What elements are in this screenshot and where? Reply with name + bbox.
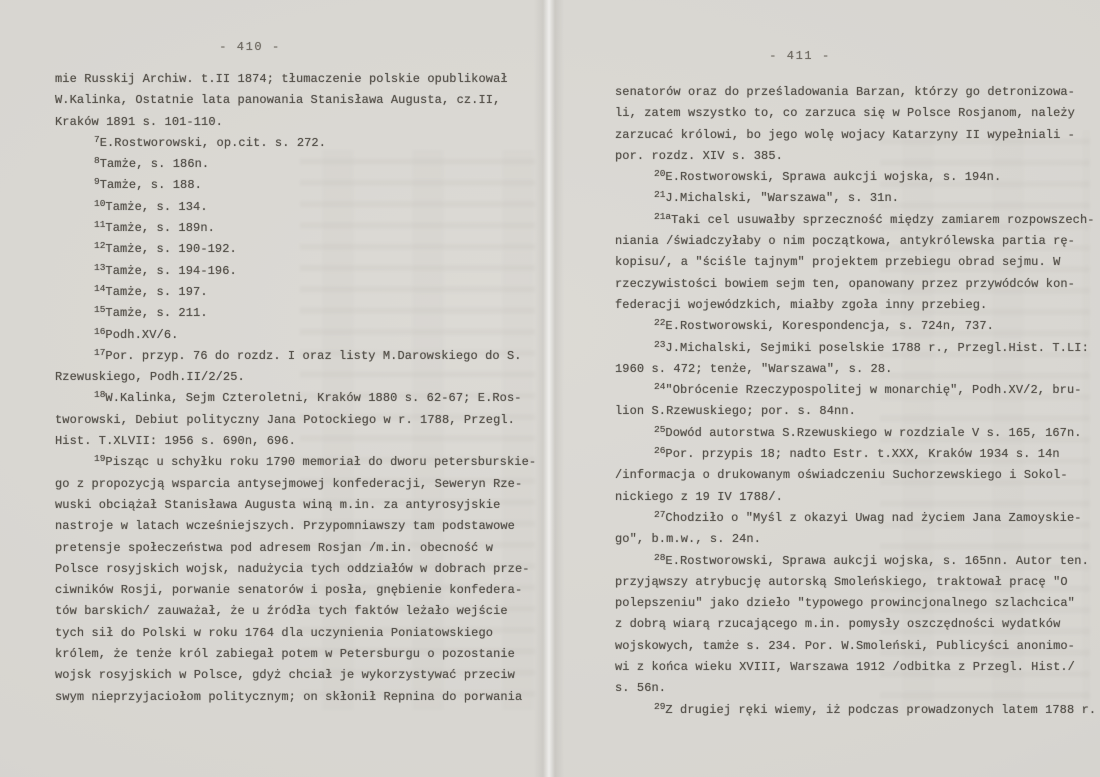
text-line: 10Tamże, s. 134. <box>55 197 545 218</box>
line-text: J.Michalski, Sejmiki poselskie 1788 r., … <box>665 341 1088 355</box>
line-text: Tamże, s. 134. <box>105 200 207 214</box>
text-line: nickiego z 19 IV 1788/. <box>615 487 1095 508</box>
text-line: zarzucać królowi, bo jego wolę wojacy Ka… <box>615 125 1095 146</box>
footnote-marker: 25 <box>654 419 665 440</box>
text-line: 25Dowód autorstwa S.Rzewuskiego w rozdzi… <box>615 423 1095 444</box>
text-line: tworowski, Debiut polityczny Jana Potock… <box>55 410 545 431</box>
line-text: Pisząc u schyłku roku 1790 memoriał do d… <box>105 455 536 469</box>
line-text: ciwników Rosji, porwanie senatorów i pos… <box>55 583 522 597</box>
text-line: swym nieprzyjaciołom politycznym; on skł… <box>55 687 545 708</box>
text-line: pretensje społeczeństwa pod adresem Rosj… <box>55 538 545 559</box>
line-text: tów barskich/ zauważał, że u źródła tych… <box>55 604 508 618</box>
left-page-footnotes-text: mie Russkij Archiw. t.II 1874; tłumaczen… <box>55 69 545 708</box>
text-line: 16Podh.XV/6. <box>55 325 545 346</box>
line-text: Taki cel usuwałby sprzeczność między zam… <box>671 213 1094 227</box>
footnote-marker: 7 <box>94 129 100 150</box>
line-text: W.Kalinka, Sejm Czteroletni, Kraków 1880… <box>105 391 521 405</box>
line-text: Tamże, s. 190-192. <box>105 242 236 256</box>
line-text: Tamże, s. 189n. <box>105 221 215 235</box>
text-line: lion S.Rzewuskiego; por. s. 84nn. <box>615 401 1095 422</box>
footnote-marker: 19 <box>94 448 105 469</box>
footnote-marker: 27 <box>654 504 665 525</box>
text-line: ciwników Rosji, porwanie senatorów i pos… <box>55 580 545 601</box>
text-line: niania /świadczyłaby o nim początkowa, a… <box>615 231 1095 252</box>
line-text: "Obrócenie Rzeczypospolitej w monarchię"… <box>665 383 1081 397</box>
text-line: 21J.Michalski, "Warszawa", s. 31n. <box>615 188 1095 209</box>
text-line: 27Chodziło o "Myśl z okazyi Uwag nad życ… <box>615 508 1095 529</box>
line-text: z dobrą wiarą rzucającego m.in. pomysły … <box>615 617 1060 631</box>
text-line: tów barskich/ zauważał, że u źródła tych… <box>55 601 545 622</box>
line-text: E.Rostworowski, op.cit. s. 272. <box>100 136 326 150</box>
text-line: wuski obciążał Stanisława Augusta winą m… <box>55 495 545 516</box>
line-text: s. 56n. <box>615 681 666 695</box>
footnote-marker: 8 <box>94 150 100 171</box>
scanned-book-spread: { "colors": { "paper": "#d7d5d1", "ink":… <box>0 0 1100 777</box>
text-line: Polsce rosyjskich wojsk, nadużycia tych … <box>55 559 545 580</box>
line-text: nickiego z 19 IV 1788/. <box>615 490 783 504</box>
line-text: por. rozdz. XIV s. 385. <box>615 149 783 163</box>
line-text: Tamże, s. 211. <box>105 306 207 320</box>
text-line: 11Tamże, s. 189n. <box>55 218 545 239</box>
line-text: Por. przyp. 76 do rozdz. I oraz listy M.… <box>105 349 521 363</box>
text-line: 17Por. przyp. 76 do rozdz. I oraz listy … <box>55 346 545 367</box>
line-text: 1960 s. 472; tenże, "Warszawa", s. 28. <box>615 362 892 376</box>
line-text: polepszeniu" jako dzieło "typowego prowi… <box>615 596 1075 610</box>
text-line: Kraków 1891 s. 101-110. <box>55 112 545 133</box>
text-line: go z propozycją wsparcia antysejmowej ko… <box>55 474 545 495</box>
footnote-marker: 14 <box>94 278 105 299</box>
footnote-marker: 22 <box>654 312 665 333</box>
line-text: kopisu/, a "ściśle tajnym" projektem prz… <box>615 255 1060 269</box>
line-text: wi z końca wieku XVIII, Warszawa 1912 /o… <box>615 660 1075 674</box>
text-line: wi z końca wieku XVIII, Warszawa 1912 /o… <box>615 657 1095 678</box>
text-line: 15Tamże, s. 211. <box>55 303 545 324</box>
line-text: Polsce rosyjskich wojsk, nadużycia tych … <box>55 562 530 576</box>
line-text: federacji wojewódzkich, miałby zgoła inn… <box>615 298 987 312</box>
footnote-marker: 20 <box>654 163 665 184</box>
text-line: /informacja o drukowanym oświadczeniu Su… <box>615 465 1095 486</box>
text-line: polepszeniu" jako dzieło "typowego prowi… <box>615 593 1095 614</box>
line-text: Hist. T.XLVII: 1956 s. 690n, 696. <box>55 434 296 448</box>
text-line: 22E.Rostworowski, Korespondencja, s. 724… <box>615 316 1095 337</box>
footnote-marker: 15 <box>94 299 105 320</box>
text-line: tych sił do Polski w roku 1764 dla uczyn… <box>55 623 545 644</box>
line-text: królem, że tenże król zabiegał potem w P… <box>55 647 515 661</box>
text-line: 23J.Michalski, Sejmiki poselskie 1788 r.… <box>615 338 1095 359</box>
line-text: wuski obciążał Stanisława Augusta winą m… <box>55 498 500 512</box>
line-text: Chodziło o "Myśl z okazyi Uwag nad życie… <box>665 511 1081 525</box>
text-line: mie Russkij Archiw. t.II 1874; tłumaczen… <box>55 69 545 90</box>
line-text: Por. przypis 18; nadto Estr. t.XXX, Krak… <box>665 447 1059 461</box>
line-text: pretensje społeczeństwa pod adresem Rosj… <box>55 541 493 555</box>
footnote-marker: 11 <box>94 214 105 235</box>
footnote-marker: 26 <box>654 440 665 461</box>
right-page-number: - 411 - <box>615 49 985 63</box>
text-line: s. 56n. <box>615 678 1095 699</box>
line-text: senatorów oraz do prześladowania Barzan,… <box>615 85 1075 99</box>
text-line: 14Tamże, s. 197. <box>55 282 545 303</box>
line-text: W.Kalinka, Ostatnie lata panowania Stani… <box>55 93 500 107</box>
footnote-marker: 10 <box>94 193 105 214</box>
text-line: królem, że tenże król zabiegał potem w P… <box>55 644 545 665</box>
text-line: 20E.Rostworowski, Sprawa aukcji wojska, … <box>615 167 1095 188</box>
footnote-marker: 9 <box>94 171 100 192</box>
text-line: wojsk rosyjskich w Polsce, gdyż chciał j… <box>55 665 545 686</box>
line-text: E.Rostworowski, Sprawa aukcji wojska, s.… <box>665 170 1001 184</box>
text-line: 7E.Rostworowski, op.cit. s. 272. <box>55 133 545 154</box>
footnote-marker: 16 <box>94 321 105 342</box>
line-text: go", b.m.w., s. 24n. <box>615 532 761 546</box>
line-text: niania /świadczyłaby o nim początkowa, a… <box>615 234 1075 248</box>
line-text: Dowód autorstwa S.Rzewuskiego w rozdzial… <box>665 426 1081 440</box>
line-text: tych sił do Polski w roku 1764 dla uczyn… <box>55 626 493 640</box>
text-line: 1960 s. 472; tenże, "Warszawa", s. 28. <box>615 359 1095 380</box>
text-line: senatorów oraz do prześladowania Barzan,… <box>615 82 1095 103</box>
text-line: 12Tamże, s. 190-192. <box>55 239 545 260</box>
text-line: federacji wojewódzkich, miałby zgoła inn… <box>615 295 1095 316</box>
footnote-marker: 13 <box>94 257 105 278</box>
text-line: nastroje w latach wcześniejszych. Przypo… <box>55 516 545 537</box>
line-text: Tamże, s. 194-196. <box>105 264 236 278</box>
line-text: wojskowych, tamże s. 234. Por. W.Smoleńs… <box>615 639 1075 653</box>
line-text: Tamże, s. 188. <box>100 178 202 192</box>
text-line: 29Z drugiej ręki wiemy, iż podczas prowa… <box>615 700 1095 721</box>
text-line: 8Tamże, s. 186n. <box>55 154 545 175</box>
line-text: rzeczywistości bowiem sejm ten, opanowan… <box>615 277 1075 291</box>
footnote-marker: 21 <box>654 184 665 205</box>
line-text: lion S.Rzewuskiego; por. s. 84nn. <box>615 404 856 418</box>
line-text: go z propozycją wsparcia antysejmowej ko… <box>55 477 522 491</box>
line-text: wojsk rosyjskich w Polsce, gdyż chciał j… <box>55 668 515 682</box>
line-text: nastroje w latach wcześniejszych. Przypo… <box>55 519 515 533</box>
text-line: 26Por. przypis 18; nadto Estr. t.XXX, Kr… <box>615 444 1095 465</box>
line-text: tworowski, Debiut polityczny Jana Potock… <box>55 413 515 427</box>
text-line: 19Pisząc u schyłku roku 1790 memoriał do… <box>55 452 545 473</box>
line-text: J.Michalski, "Warszawa", s. 31n. <box>665 191 899 205</box>
book-scan-background: - 410 - mie Russkij Archiw. t.II 1874; t… <box>0 0 1100 777</box>
text-line: li, zatem wszystko to, co zarzuca się w … <box>615 103 1095 124</box>
line-text: przyjąwszy atrybucję autorską Smoleńskie… <box>615 575 1068 589</box>
text-line: kopisu/, a "ściśle tajnym" projektem prz… <box>615 252 1095 273</box>
footnote-marker: 24 <box>654 376 665 397</box>
right-page-footnotes-text: senatorów oraz do prześladowania Barzan,… <box>615 82 1095 721</box>
text-line: z dobrą wiarą rzucającego m.in. pomysły … <box>615 614 1095 635</box>
line-text: Z drugiej ręki wiemy, iż podczas prowadz… <box>665 703 1096 717</box>
footnote-marker: 23 <box>654 334 665 355</box>
footnote-marker: 21a <box>654 206 671 227</box>
text-line: 18W.Kalinka, Sejm Czteroletni, Kraków 18… <box>55 388 545 409</box>
text-line: go", b.m.w., s. 24n. <box>615 529 1095 550</box>
line-text: Kraków 1891 s. 101-110. <box>55 115 223 129</box>
line-text: Tamże, s. 186n. <box>100 157 210 171</box>
footnote-marker: 29 <box>654 696 665 717</box>
text-line: W.Kalinka, Ostatnie lata panowania Stani… <box>55 90 545 111</box>
text-line: Hist. T.XLVII: 1956 s. 690n, 696. <box>55 431 545 452</box>
line-text: E.Rostworowski, Sprawa aukcji wojska, s.… <box>665 554 1088 568</box>
footnote-marker: 12 <box>94 235 105 256</box>
text-line: 28E.Rostworowski, Sprawa aukcji wojska, … <box>615 551 1095 572</box>
binding-seam <box>534 0 564 777</box>
text-line: wojskowych, tamże s. 234. Por. W.Smoleńs… <box>615 636 1095 657</box>
line-text: swym nieprzyjaciołom politycznym; on skł… <box>55 690 522 704</box>
text-line: 24"Obrócenie Rzeczypospolitej w monarchi… <box>615 380 1095 401</box>
text-line: 9Tamże, s. 188. <box>55 175 545 196</box>
footnote-marker: 28 <box>654 547 665 568</box>
text-line: por. rozdz. XIV s. 385. <box>615 146 1095 167</box>
line-text: mie Russkij Archiw. t.II 1874; tłumaczen… <box>55 72 508 86</box>
line-text: Podh.XV/6. <box>105 328 178 342</box>
text-line: rzeczywistości bowiem sejm ten, opanowan… <box>615 274 1095 295</box>
text-line: Rzewuskiego, Podh.II/2/25. <box>55 367 545 388</box>
text-line: 21aTaki cel usuwałby sprzeczność między … <box>615 210 1095 231</box>
line-text: li, zatem wszystko to, co zarzuca się w … <box>615 106 1075 120</box>
text-line: przyjąwszy atrybucję autorską Smoleńskie… <box>615 572 1095 593</box>
line-text: /informacja o drukowanym oświadczeniu Su… <box>615 468 1068 482</box>
text-line: 13Tamże, s. 194-196. <box>55 261 545 282</box>
footnote-marker: 18 <box>94 384 105 405</box>
footnote-marker: 17 <box>94 342 105 363</box>
left-page-number: - 410 - <box>55 40 445 54</box>
line-text: zarzucać królowi, bo jego wolę wojacy Ka… <box>615 128 1075 142</box>
line-text: Tamże, s. 197. <box>105 285 207 299</box>
line-text: Rzewuskiego, Podh.II/2/25. <box>55 370 245 384</box>
line-text: E.Rostworowski, Korespondencja, s. 724n,… <box>665 319 994 333</box>
